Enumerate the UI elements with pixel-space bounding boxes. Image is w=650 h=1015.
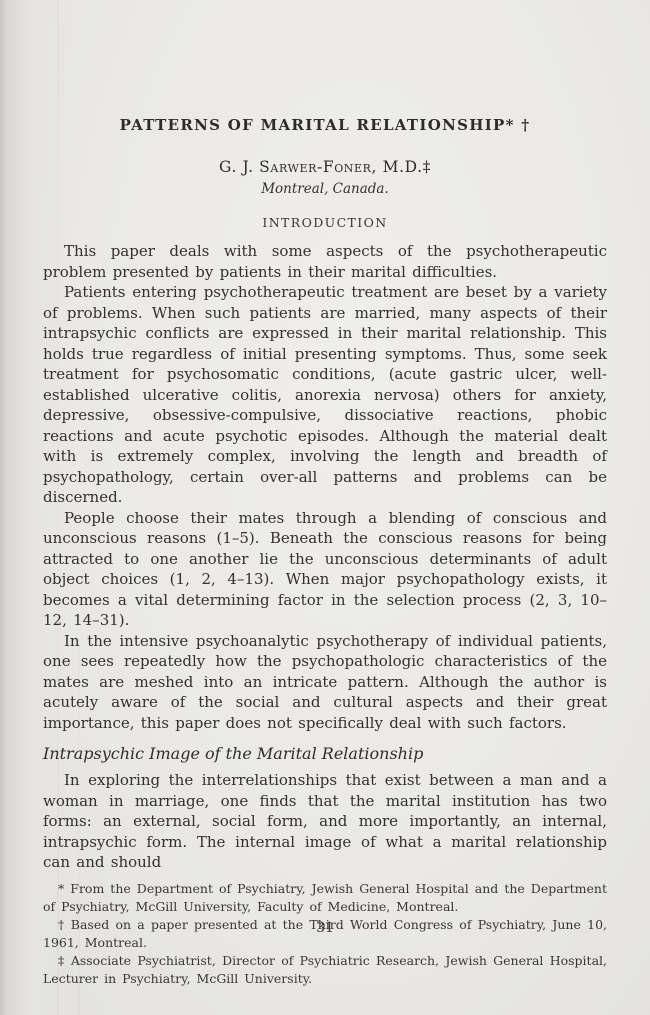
scanned-paper-page: PATTERNS OF MARITAL RELATIONSHIP* † G. J…: [0, 0, 650, 1015]
paper-title: PATTERNS OF MARITAL RELATIONSHIP* †: [43, 116, 607, 134]
author-location: Montreal, Canada.: [43, 181, 607, 197]
introduction-body: This paper deals with some aspects of th…: [43, 241, 607, 733]
page-number: 31: [0, 920, 650, 936]
footnote: ‡ Associate Psychiatrist, Director of Ps…: [43, 952, 607, 988]
paragraph: In the intensive psychoanalytic psychoth…: [43, 631, 607, 734]
paragraph: This paper deals with some aspects of th…: [43, 241, 607, 282]
subsection-body: In exploring the interrelationships that…: [43, 770, 607, 873]
paragraph: Patients entering psychotherapeutic trea…: [43, 282, 607, 508]
subsection-heading: Intrapsychic Image of the Marital Relati…: [43, 744, 607, 763]
page-content: PATTERNS OF MARITAL RELATIONSHIP* † G. J…: [43, 0, 607, 988]
paragraph: People choose their mates through a blen…: [43, 508, 607, 631]
paragraph: In exploring the interrelationships that…: [43, 770, 607, 873]
author-name: G. J. Sarwer-Foner, M.D.‡: [43, 158, 607, 176]
footnote: * From the Department of Psychiatry, Jew…: [43, 880, 607, 916]
introduction-heading: INTRODUCTION: [43, 215, 607, 230]
